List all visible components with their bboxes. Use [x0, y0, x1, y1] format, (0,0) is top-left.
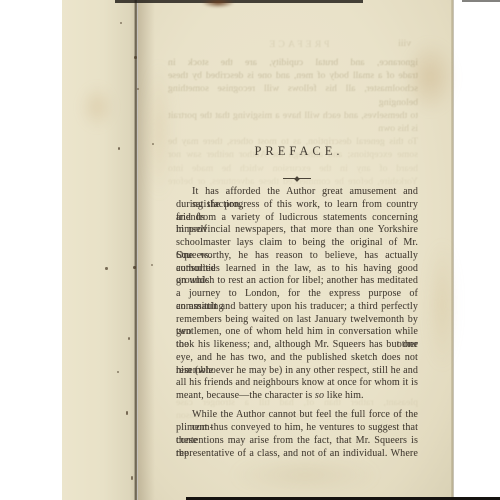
inner-margin-shadow [138, 0, 155, 500]
text-line: contentions may arise from the fact, tha… [176, 435, 418, 448]
text-line: eye, and he has two, and the published s… [176, 352, 418, 365]
facing-page [62, 0, 137, 500]
heading-ornament [283, 176, 311, 181]
text-fragment: meant, because—the character is [176, 390, 315, 401]
text-line: gentlemen, one of whom held him in conve… [176, 326, 418, 339]
text-line: an assault and battery upon his traducer… [176, 301, 418, 314]
photo-edge-top-right [462, 0, 500, 2]
text-line: remembers being waited on last January t… [176, 314, 418, 327]
text-line: meant, because—the character is so like … [176, 390, 418, 403]
preface-text: It has afforded the Author great amuseme… [176, 186, 418, 460]
text-line: It has afforded the Author great amuseme… [176, 186, 418, 199]
text-line: schoolmaster lays claim to being the ori… [176, 237, 418, 250]
show-through-running-title: PREFACE [255, 38, 341, 51]
text-line: While the Author cannot but feel the ful… [176, 409, 418, 422]
text-line: and from a variety of ludicrous statemen… [176, 212, 418, 225]
text-line: a journey to London, for the express pur… [176, 288, 418, 301]
text-line: representative of a class, and not of an… [176, 448, 418, 461]
book-photo: viii PREFACE ignorance, and brutal cupid… [0, 0, 500, 500]
show-through-page-number: viii [398, 37, 411, 50]
preface-heading: PREFACE. [176, 144, 418, 159]
text-line: in provincial newspapers, that more than… [176, 224, 418, 237]
show-through-text: ignorance, and brutal cupidity, are the … [168, 56, 418, 188]
text-line: authorities learned in the law, as to hi… [176, 263, 418, 276]
text-line: during the progress of this work, to lea… [176, 199, 418, 212]
photo-edge-top [115, 0, 363, 3]
text-fragment: like him. [324, 390, 364, 401]
text-line: on which to rest an action for libel; an… [176, 275, 418, 288]
text-line: took his likeness; and, although Mr. Squ… [176, 339, 418, 352]
ornament-diamond [294, 176, 300, 182]
page-right-edge [451, 0, 454, 500]
text-line: One worthy, he has reason to believe, ha… [176, 250, 418, 263]
text-line: pliment thus conveyed to him, he venture… [176, 422, 418, 435]
text-fragment-italic: so [315, 390, 324, 401]
text-line: him (whoever he may be) in any other res… [176, 365, 418, 378]
text-line: all his friends and neighbours know at o… [176, 377, 418, 390]
